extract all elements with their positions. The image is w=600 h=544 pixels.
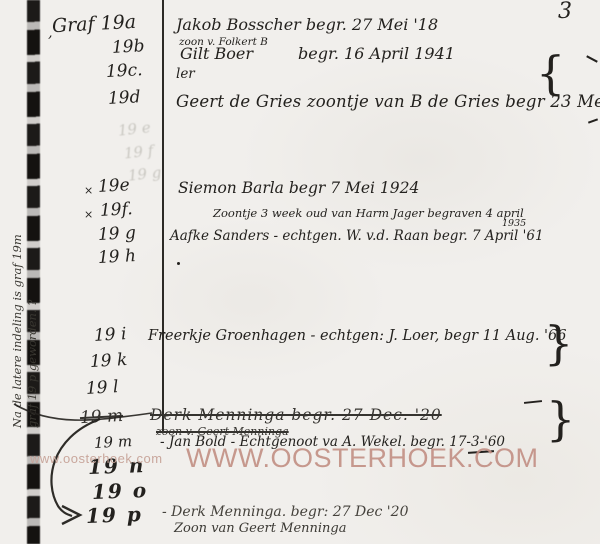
entry-19a: Jakob Bosscher begr. 27 Mei '18 — [176, 17, 438, 34]
entry-19f: Zoontje 3 week oud van Harm Jager begrav… — [213, 207, 524, 219]
brace-19bc: { — [536, 46, 565, 100]
margin-note: Na de latere indeling is graf 19m graf 1… — [10, 78, 40, 428]
grave-label-19d: 19d — [108, 89, 141, 109]
cross-mark-19f: × — [84, 209, 93, 221]
ghost-label: 19 f — [123, 144, 154, 163]
margin-note-line2: graf 19 p geworden. ? — [25, 78, 40, 428]
grave-label-19h: 19 h — [98, 248, 137, 268]
grave-label-19b: 19b — [112, 38, 145, 58]
stray-mark — [588, 118, 598, 123]
stray-mark — [586, 55, 598, 62]
grave-label-19a: Graf 19a — [52, 13, 137, 37]
grave-label-19p: 19 p — [86, 504, 143, 527]
cross-mark-19e: × — [84, 185, 93, 197]
grave-label-19f: 19f. — [100, 201, 134, 221]
entry-19m-struck: Derk Menninga begr. 27 Dec. '20 — [150, 407, 442, 423]
grave-label-19m: 19 m — [94, 434, 133, 452]
entry-19p: - Derk Menninga. begr: 27 Dec '20 — [162, 505, 408, 520]
entry-19b-name: Gilt Boer — [180, 46, 253, 63]
grave-label-19m-struck: 19 m — [80, 408, 124, 428]
ghost-label: 19 e — [117, 120, 151, 139]
brace-19m: } — [546, 392, 575, 446]
column-rule — [162, 0, 164, 432]
stray-mark — [524, 400, 542, 404]
brace-19i: } — [544, 316, 573, 370]
entry-19e: Siemon Barla begr 7 Mei 1924 — [178, 180, 419, 196]
grave-label-19k: 19 k — [90, 352, 128, 372]
margin-note-line1: Na de latere indeling is graf 19m — [10, 78, 25, 428]
entry-19p-subnote: Zoon van Geert Menninga — [174, 522, 347, 536]
grave-label-19c: 19c. — [106, 62, 143, 82]
watermark-small: www.oosterhoek.com — [30, 451, 163, 466]
entry-19c: ler — [176, 67, 195, 81]
register-page: Na de latere indeling is graf 19m graf 1… — [0, 0, 600, 544]
grave-label-19e: 19e — [98, 177, 131, 196]
watermark-large: WWW.OOSTERHOEK.COM — [186, 443, 539, 474]
grave-label-19g: 19 g — [98, 225, 137, 245]
ink-dot — [177, 262, 180, 265]
grave-label-19i: 19 i — [94, 326, 127, 346]
grave-label-19o: 19 o — [92, 480, 149, 503]
entry-19i: Freerkje Groenhagen - echtgen: J. Loer, … — [148, 329, 566, 344]
entry-19g: Aafke Sanders - echtgen. W. v.d. Raan be… — [170, 229, 544, 243]
grave-label-19l: 19 l — [86, 379, 119, 399]
page-number: 3 — [558, 0, 572, 23]
ghost-label: 19 g — [127, 165, 162, 184]
entry-19b-date: begr. 16 April 1941 — [298, 46, 455, 63]
